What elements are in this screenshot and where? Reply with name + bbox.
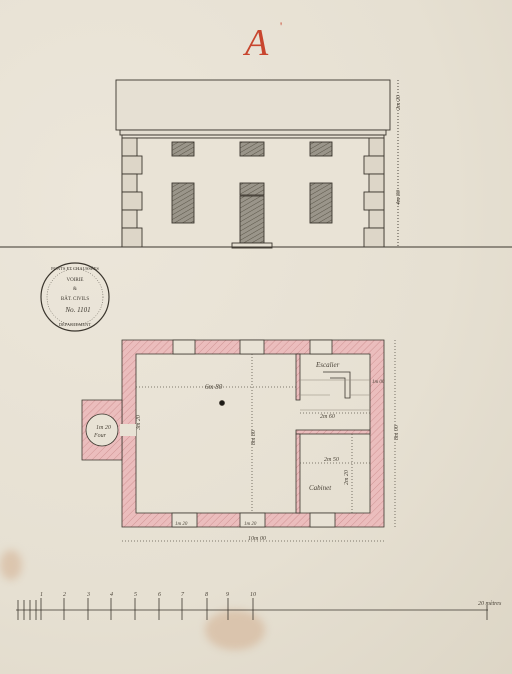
stamp: VOIRIE & BÂT. CIVILS No. 1101 PONTS ET C… [41,263,109,331]
scale-ticks: 1 2 3 4 5 6 7 8 9 10 20 mètres [40,591,502,607]
svg-text:': ' [280,19,282,33]
svg-text:2: 2 [63,592,66,598]
left-side-dim: 3m 20 [136,415,142,431]
svg-text:4: 4 [110,591,113,598]
height-roof-label: 2m 20 [396,95,402,110]
oven-diameter: 1m 20 [96,425,111,431]
svg-text:8: 8 [205,592,208,598]
scale-bar [16,598,488,620]
svg-text:7: 7 [181,592,185,598]
cabinet-width: 2m 50 [324,457,339,463]
architectural-drawing: A ' 2m 20 4m 80 VOIRIE [0,0,512,674]
oven-label: Four [93,433,107,439]
svg-text:&: & [73,287,77,292]
svg-text:6: 6 [158,592,161,598]
height-wall-label: 4m 80 [395,190,402,205]
svg-text:VOIRIE: VOIRIE [67,278,84,283]
elevation [116,80,398,248]
svg-text:No. 1101: No. 1101 [64,306,90,314]
staircase-width: 2m 60 [320,414,335,420]
svg-text:DÉPARTEMENT: DÉPARTEMENT [59,322,92,327]
overall-width-dim: 10m 00 [248,536,266,542]
staircase-label: Escalier [315,361,340,369]
main-hall-width: 6m 80 [205,383,223,391]
overall-depth-dim: 8m 00 [394,425,400,440]
floor-plan [82,340,395,541]
door-width-dim: 1m 20 [175,522,188,527]
window-width-dim: 1m 20 [244,522,257,527]
svg-text:1: 1 [40,592,43,598]
side-wall-dim: 1m 00 [372,380,385,385]
svg-text:PONTS ET CHAUSSÉES: PONTS ET CHAUSSÉES [51,266,99,271]
svg-text:3: 3 [86,592,90,598]
svg-text:9: 9 [226,592,229,598]
cabinet-label: Cabinet [309,484,332,492]
scale-end-label: 20 mètres [478,601,502,607]
cabinet-depth: 2m 20 [344,470,350,485]
svg-text:10: 10 [250,592,256,598]
svg-text:BÂT. CIVILS: BÂT. CIVILS [61,296,89,302]
main-hall-depth: 8m 80 [251,430,257,445]
sheet-mark: A [242,22,269,64]
svg-text:5: 5 [134,592,137,598]
